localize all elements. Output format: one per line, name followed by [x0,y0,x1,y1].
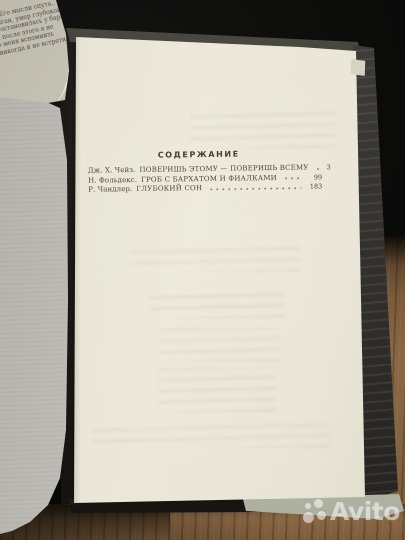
avito-logo-icon [303,512,314,523]
show-through-smudge [150,292,285,318]
table-of-contents: СОДЕРЖАНИЕ Дж. Х. Чейз. ПОВЕРИШЬ ЭТОМУ —… [88,148,323,195]
show-through-smudge [158,368,276,412]
avito-wordmark: Avito [330,497,400,526]
show-through-smudge [92,424,330,448]
show-through-smudge [130,244,300,272]
dot-leader [208,183,301,194]
book-photo: СОДЕРЖАНИЕ Дж. Х. Чейз. ПОВЕРИШЬ ЭТОМУ —… [0,0,405,540]
toc-entry: Р. Чандлер. ГЛУБОКИЙ СОН 183 [88,182,322,195]
toc-entry-author: Р. Чандлер. [88,185,132,195]
toc-entry-page-number: 99 [305,173,322,183]
dot-leader [315,163,323,173]
avito-logo-icon [305,503,311,509]
avito-watermark: Avito [292,486,405,536]
avito-logo-icon [317,511,326,520]
show-through-smudge [190,112,335,148]
toc-entry-page-number: 3 [327,163,331,173]
dot-leader [283,173,301,183]
toc-entry-title: ГЛУБОКИЙ СОН [136,184,202,194]
toc-entry-page-number: 183 [305,182,322,192]
show-through-smudge [160,328,280,362]
toc-heading: СОДЕРЖАНИЕ [88,148,322,160]
avito-logo-icon [314,499,323,508]
toc-rows: Дж. Х. Чейз. ПОВЕРИШЬ ЭТОМУ — ПОВЕРИШЬ В… [88,163,322,195]
page-corner-notch [351,59,366,76]
